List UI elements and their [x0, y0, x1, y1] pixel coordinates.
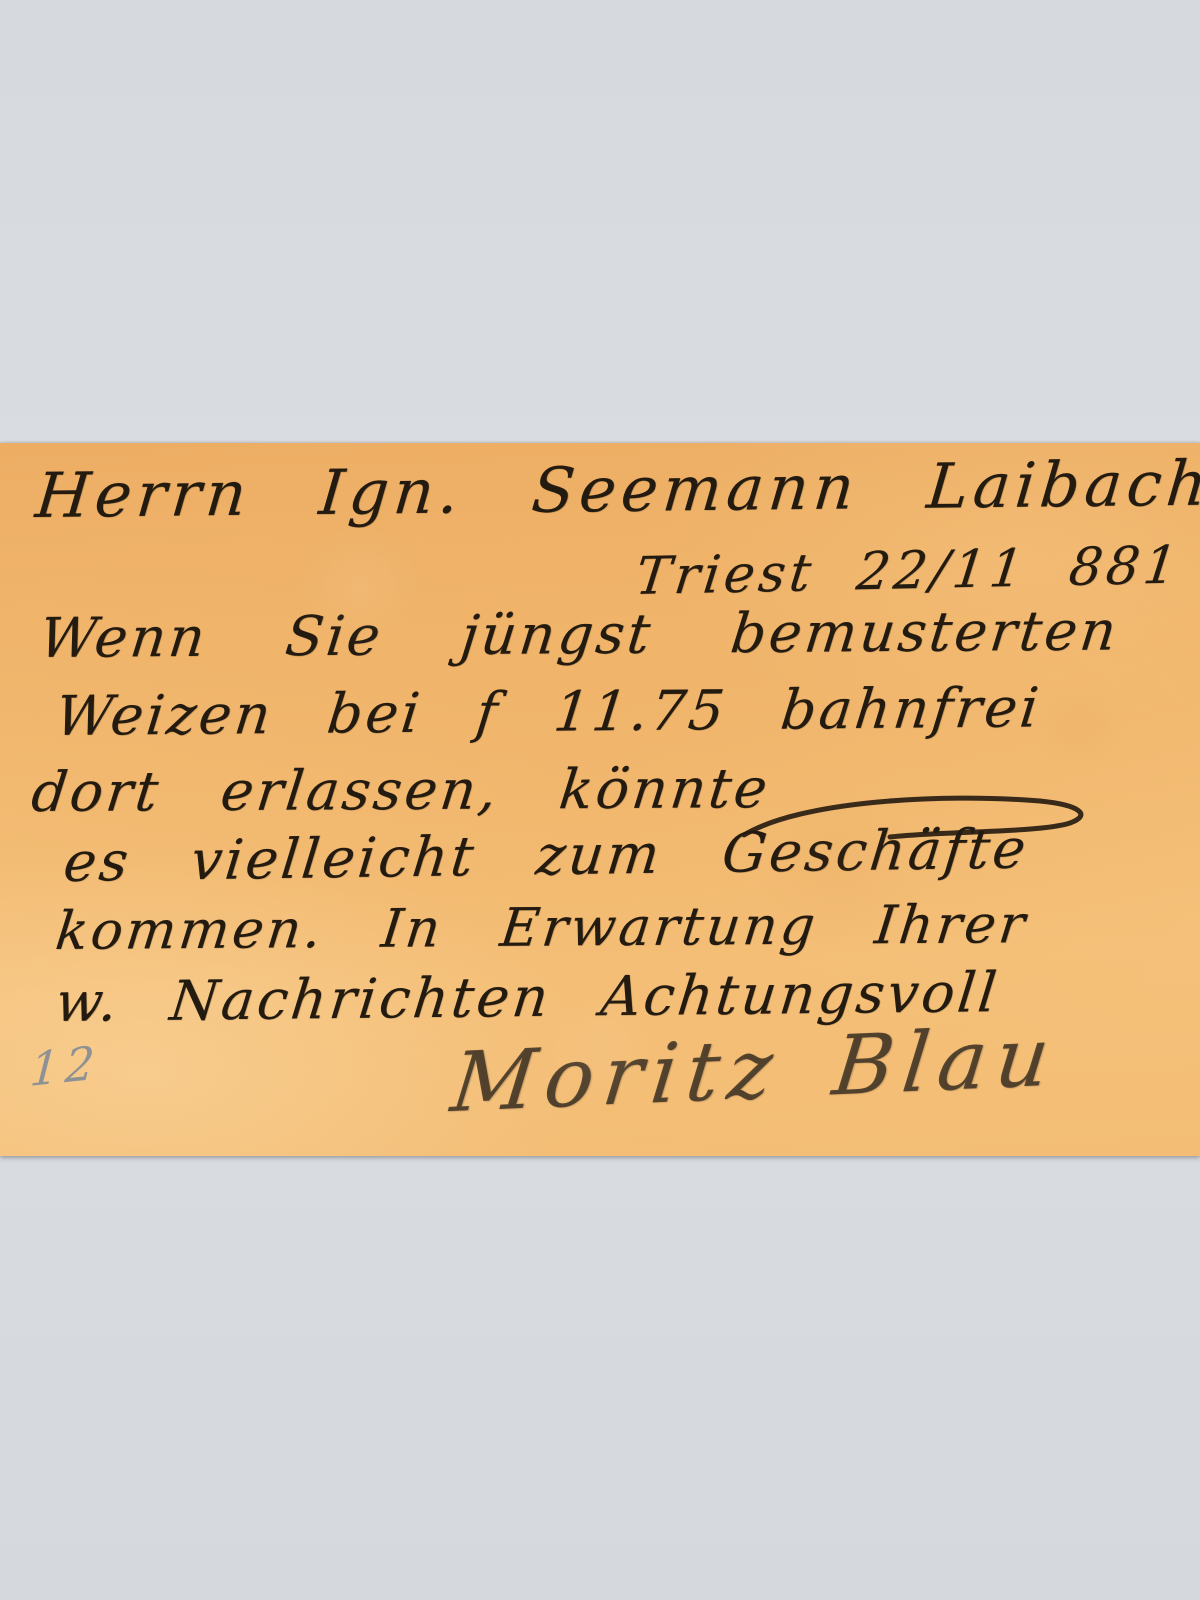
body-line-3: dort erlassen, könnte	[29, 761, 773, 820]
date-line: Triest 22/11 881	[633, 540, 1184, 604]
signature: Moritz Blau	[447, 1016, 1062, 1125]
body-line-1: Wenn Sie jüngst bemusterten	[37, 603, 1122, 666]
body-line-5: kommen. In Erwartung Ihrer	[53, 898, 1031, 958]
postcard: Herrn Ign. Seemann Laibach Triest 22/11 …	[0, 443, 1200, 1156]
photo-background: Herrn Ign. Seemann Laibach Triest 22/11 …	[0, 0, 1200, 1600]
body-line-4: es vielleicht zum Geschäfte	[61, 821, 1031, 890]
pencil-number: 12	[28, 1035, 102, 1097]
address-line: Herrn Ign. Seemann Laibach	[33, 453, 1200, 527]
body-line-2: Weizen bei f 11.75 bahnfrei	[53, 680, 1044, 744]
